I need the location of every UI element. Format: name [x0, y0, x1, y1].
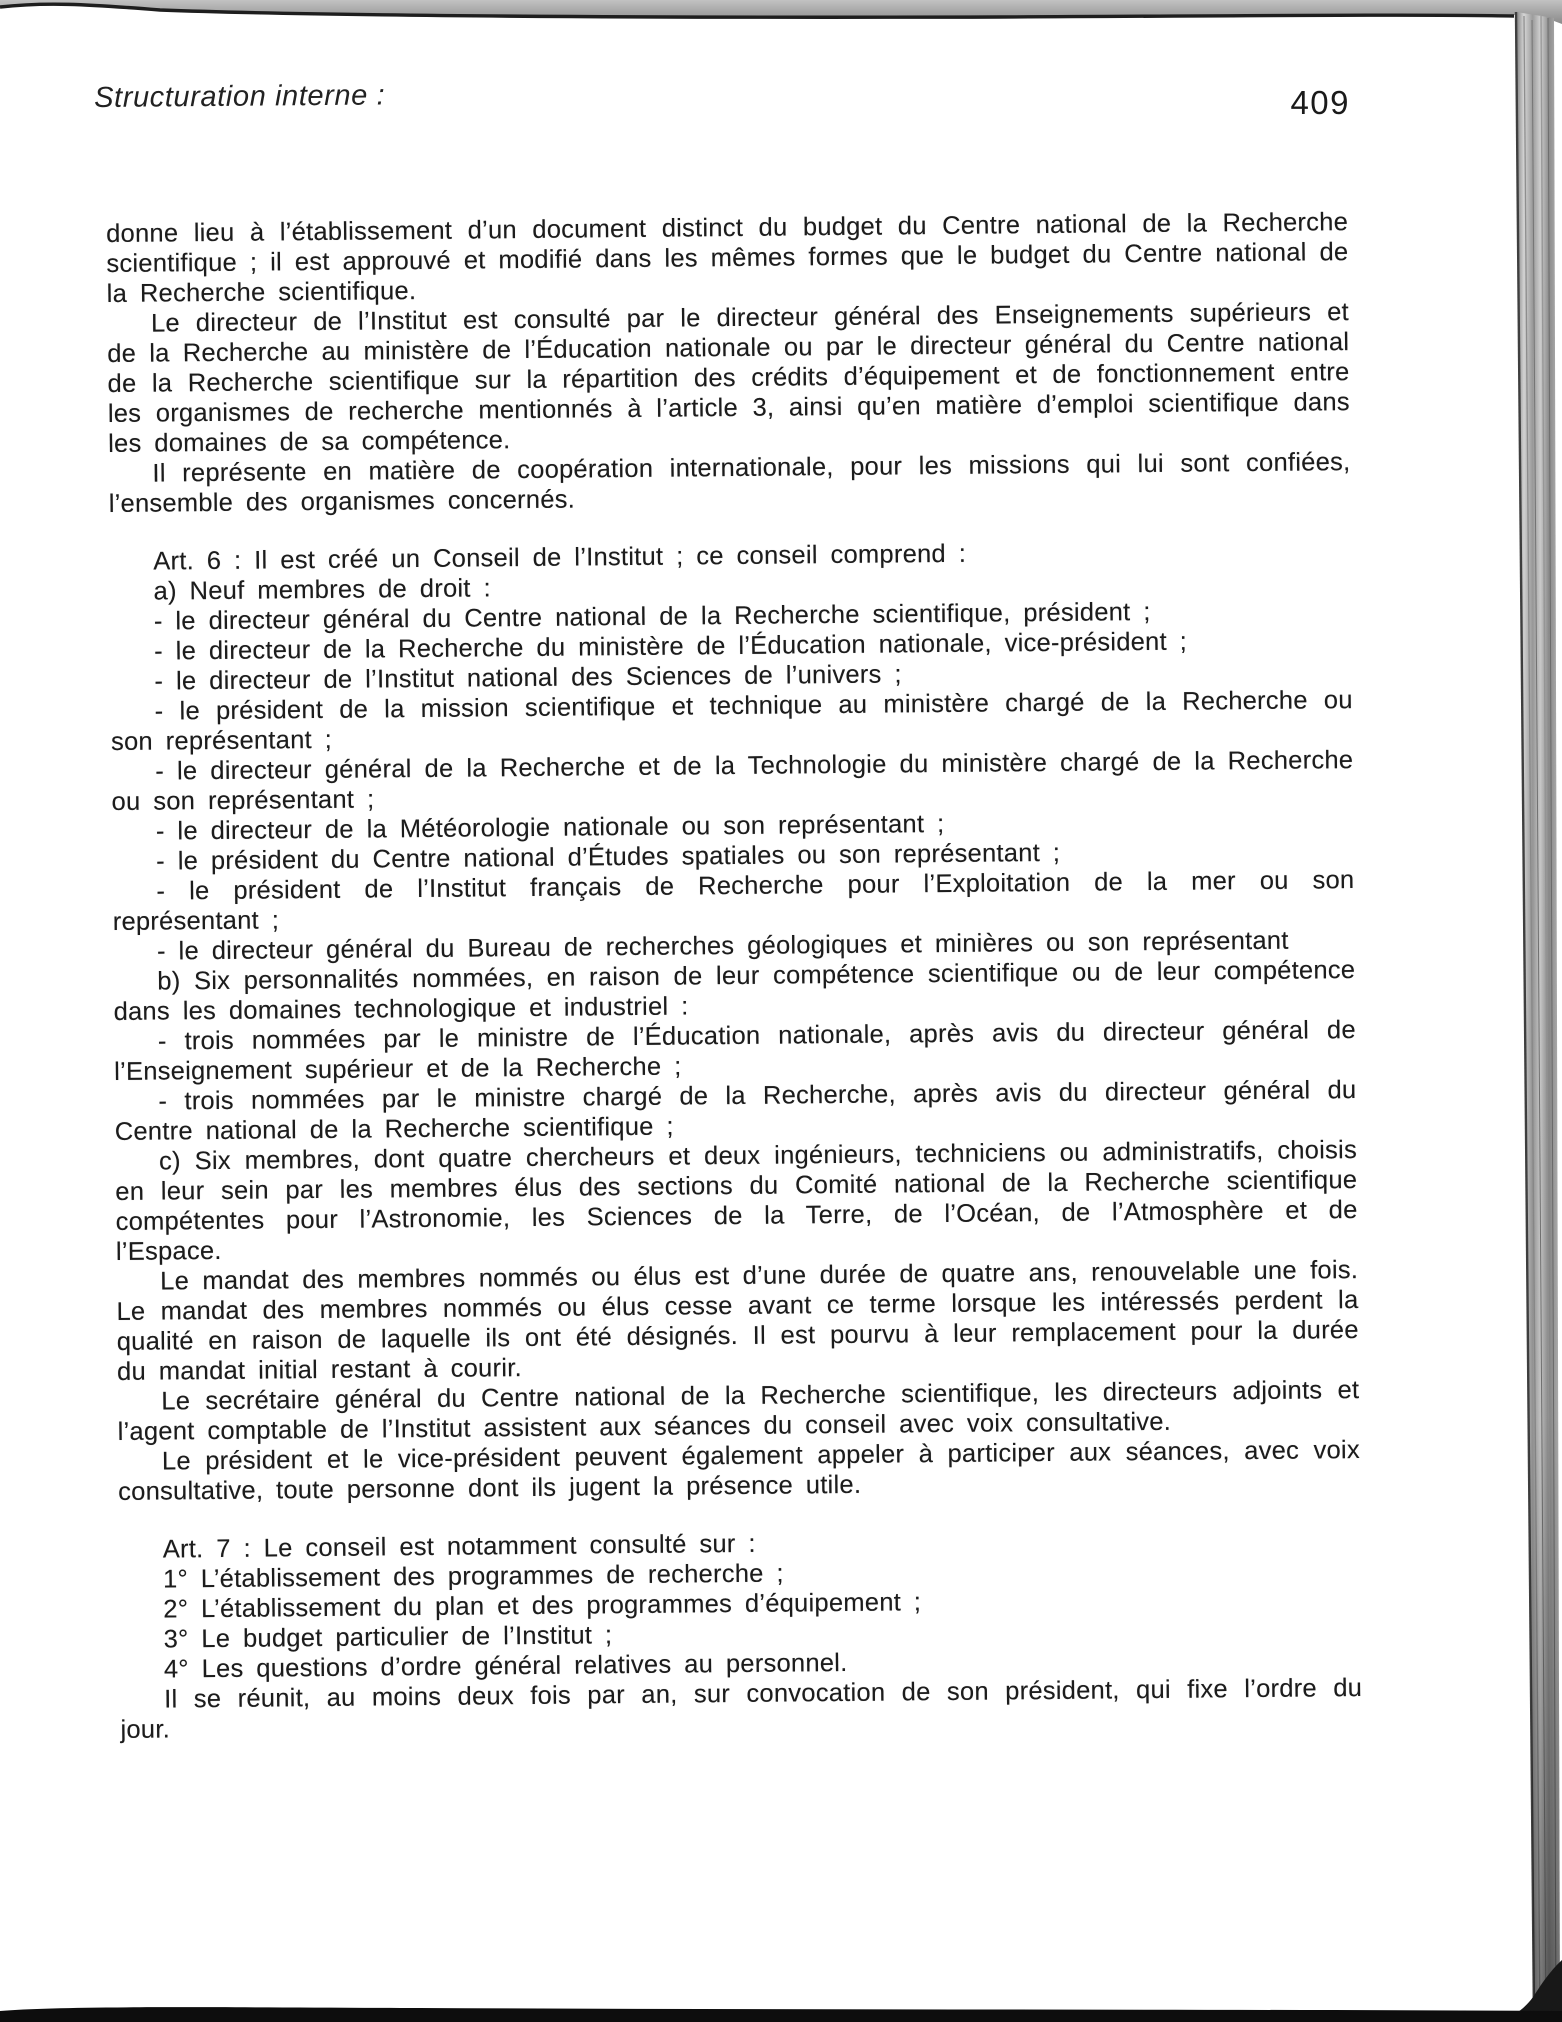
paragraph: Il se réunit, au moins deux fois par an,… [120, 1673, 1363, 1745]
scanned-book-page: Structuration interne : 409 donne lieu à… [0, 0, 1562, 2022]
paragraph: Il représente en matière de coopération … [108, 447, 1351, 519]
right-edge-shade [1516, 12, 1560, 2022]
right-edge-striation [1532, 20, 1546, 2022]
right-edge-striation [1541, 16, 1552, 2022]
paragraph: c) Six membres, dont quatre chercheurs e… [115, 1135, 1358, 1267]
body-text: donne lieu à l’établissement d’un docume… [106, 207, 1363, 1745]
right-edge-striation [1548, 18, 1556, 2022]
running-title: Structuration interne : [94, 79, 385, 115]
paragraph: Le directeur de l’Institut est consulté … [107, 297, 1350, 459]
page-number: 409 [1290, 84, 1350, 122]
right-edge-inner-line [1516, 12, 1534, 2022]
paragraph: donne lieu à l’établissement d’un docume… [106, 207, 1349, 309]
running-header: Structuration interne : 409 [0, 82, 1562, 142]
scan-right-edge [1516, 12, 1560, 2022]
bottom-corner-shadow [1502, 1960, 1562, 2020]
top-edge-band [0, 0, 1562, 24]
paragraph: Le président et le vice-président peuven… [118, 1435, 1361, 1507]
top-edge-line [0, 4, 1514, 17]
scan-bottom-edge [0, 1960, 1562, 2022]
right-edge-band [1516, 12, 1560, 2022]
bottom-edge-strip [0, 2007, 1562, 2022]
paragraph: Le mandat des membres nommés ou élus est… [116, 1255, 1359, 1387]
right-edge-striation [1524, 16, 1540, 2022]
scan-top-edge [0, 0, 1562, 24]
